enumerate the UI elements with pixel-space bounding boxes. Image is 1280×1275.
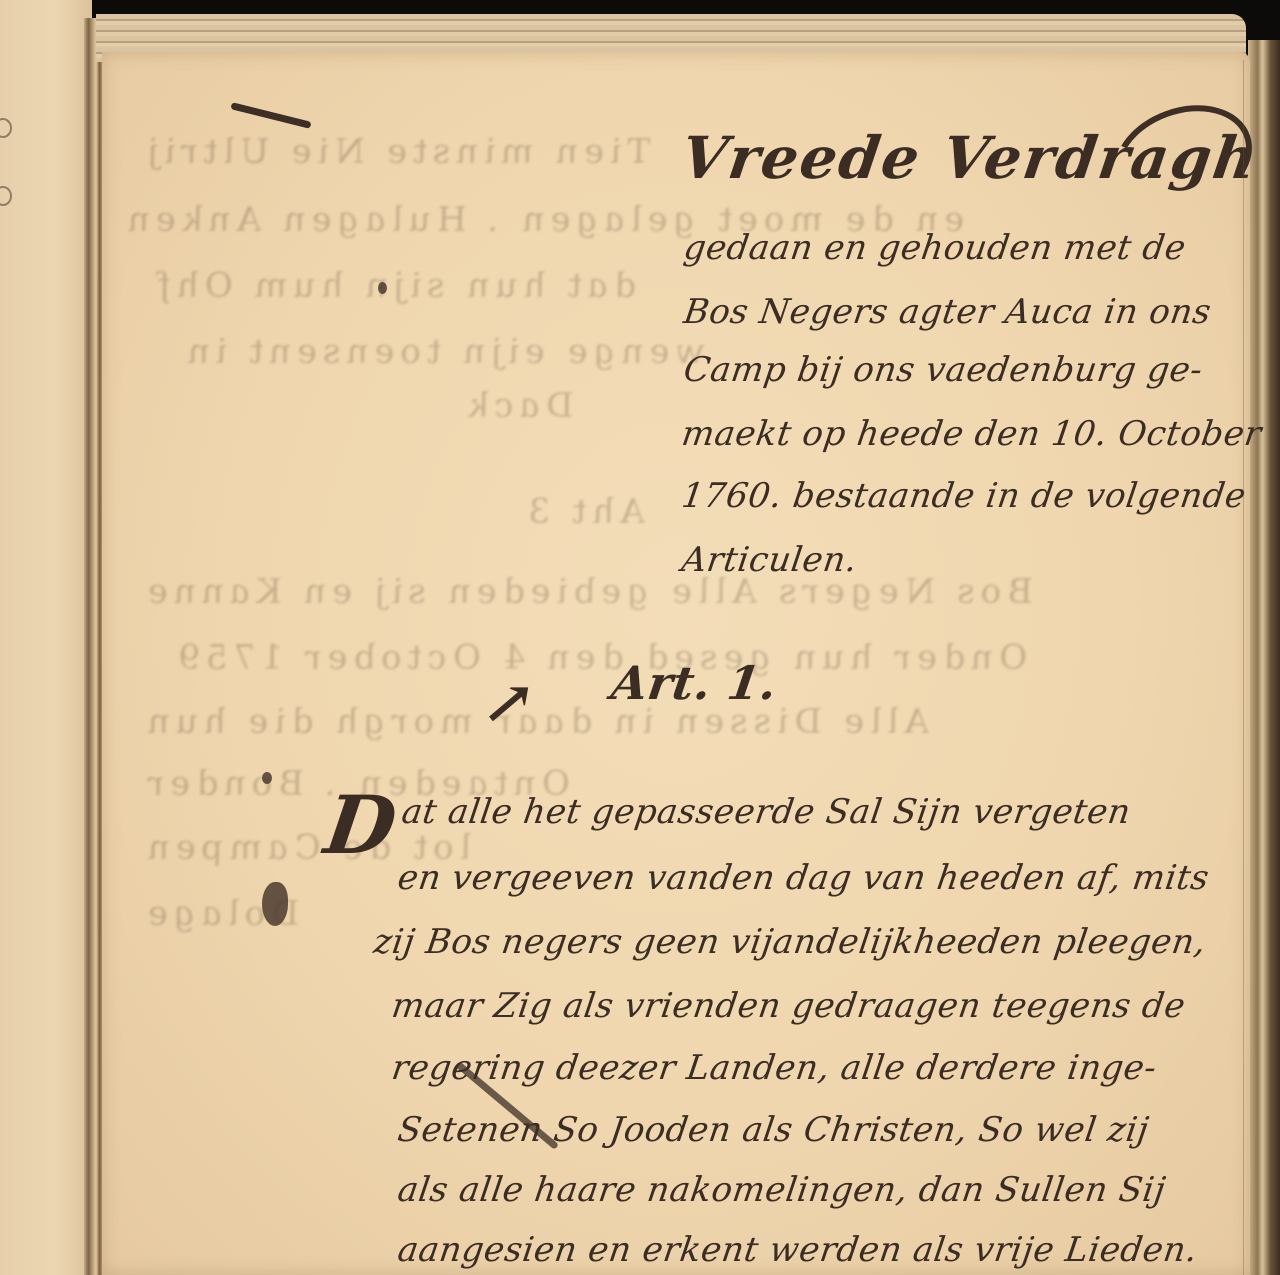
manuscript-page: Tien minste Nie Ultrij en de moet gelage…: [102, 52, 1250, 1275]
page-edges-right: [1248, 40, 1280, 1275]
bleed-line: Alle Dissen in daar morgh die hun: [138, 702, 933, 742]
left-page-ink-mark: [0, 118, 12, 138]
ink-blot: [378, 282, 387, 294]
bleed-line: Bos Negers Alle gebieden sij en Kanne: [138, 572, 1037, 612]
ink-blot: [262, 772, 272, 784]
heading-line: maekt op heede den 10. October: [679, 414, 1264, 454]
ink-blot: [262, 882, 288, 926]
bleed-line: dat hun sijn hum Ohf: [148, 266, 640, 306]
manuscript-photograph: Tien minste Nie Ultrij en de moet gelage…: [0, 0, 1280, 1275]
article-line: maar Zig als vrienden gedraagen teegens …: [389, 986, 1188, 1026]
article-line: aangesien en erkent werden als vrije Lie…: [395, 1230, 1200, 1270]
bleed-line: wenge eijn toensent in: [178, 332, 709, 372]
article-line: regering deezer Landen, alle derdere ing…: [389, 1048, 1159, 1088]
bleed-line: Dack: [458, 386, 578, 426]
heading-line: Camp bij ons vaedenburg ge-: [681, 350, 1205, 390]
heading-line: 1760. bestaande in de volgende: [679, 476, 1248, 516]
ink-flourish-stroke: [230, 102, 311, 129]
bleed-line: Onder hun gesed den 4 October 1759: [168, 638, 1031, 678]
heading-line: Bos Negers agter Auca in ons: [681, 292, 1213, 332]
facing-left-page: [0, 0, 92, 1275]
left-page-ink-mark: [0, 186, 12, 206]
title-flourish: [1099, 87, 1267, 231]
article-label: Art. 1.: [608, 656, 780, 710]
article-line: zij Bos negers geen vijandelijkheeden pl…: [371, 922, 1208, 962]
bleed-line: Aht 3: [518, 492, 649, 532]
article-line: en vergeeven vanden dag van heeden af, m…: [395, 858, 1212, 898]
article-initial-letter: D: [319, 778, 402, 872]
article-line: at alle het gepasseerde Sal Sijn vergete…: [399, 792, 1133, 832]
article-line: als alle haare nakomelingen, dan Sullen …: [395, 1170, 1168, 1210]
heading-line: Articulen.: [679, 540, 860, 580]
article-line: Setenen So Jooden als Christen, So wel z…: [395, 1110, 1151, 1150]
heading-line: gedaan en gehouden met de: [681, 228, 1188, 268]
bleed-line: Tien minste Nie Ultrij: [138, 132, 654, 172]
